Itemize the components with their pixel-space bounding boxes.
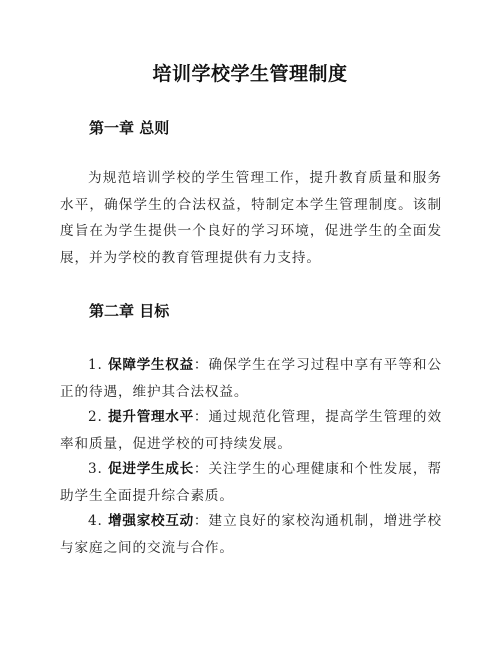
goal-item-lead: 增强家校互动	[108, 513, 194, 529]
goal-item-number: 4.	[88, 513, 108, 529]
goal-item-2: 2. 提升管理水平：通过规范化管理，提高学生管理的效率和质量，促进学校的可持续发…	[60, 404, 442, 457]
goal-item-1: 1. 保障学生权益：确保学生在学习过程中享有平等和公正的待遇，维护其合法权益。	[60, 352, 442, 405]
goal-item-3: 3. 促进学生成长：关注学生的心理健康和个性发展，帮助学生全面提升综合素质。	[60, 456, 442, 509]
chapter-heading-goals: 第二章 目标	[89, 300, 169, 322]
goal-item-number: 3.	[88, 461, 108, 477]
goal-item-4: 4. 增强家校互动：建立良好的家校沟通机制，增进学校与家庭之间的交流与合作。	[60, 508, 442, 561]
goal-item-separator: ：	[194, 513, 209, 529]
chapter-heading-general: 第一章 总则	[89, 117, 169, 139]
document-page: 培训学校学生管理制度 第一章 总则 为规范培训学校的学生管理工作，提升教育质量和…	[0, 0, 500, 647]
paragraph-general: 为规范培训学校的学生管理工作，提升教育质量和服务水平，确保学生的合法权益，特制定…	[60, 165, 442, 271]
goal-item-lead: 促进学生成长	[108, 461, 194, 477]
goal-item-separator: ：	[194, 357, 209, 373]
goal-item-separator: ：	[194, 461, 209, 477]
document-title: 培训学校学生管理制度	[0, 60, 500, 88]
goal-item-separator: ：	[194, 409, 209, 425]
goal-item-number: 2.	[88, 409, 108, 425]
goal-item-lead: 提升管理水平	[108, 409, 194, 425]
goal-item-lead: 保障学生权益	[108, 357, 194, 373]
goal-item-number: 1.	[88, 357, 108, 373]
